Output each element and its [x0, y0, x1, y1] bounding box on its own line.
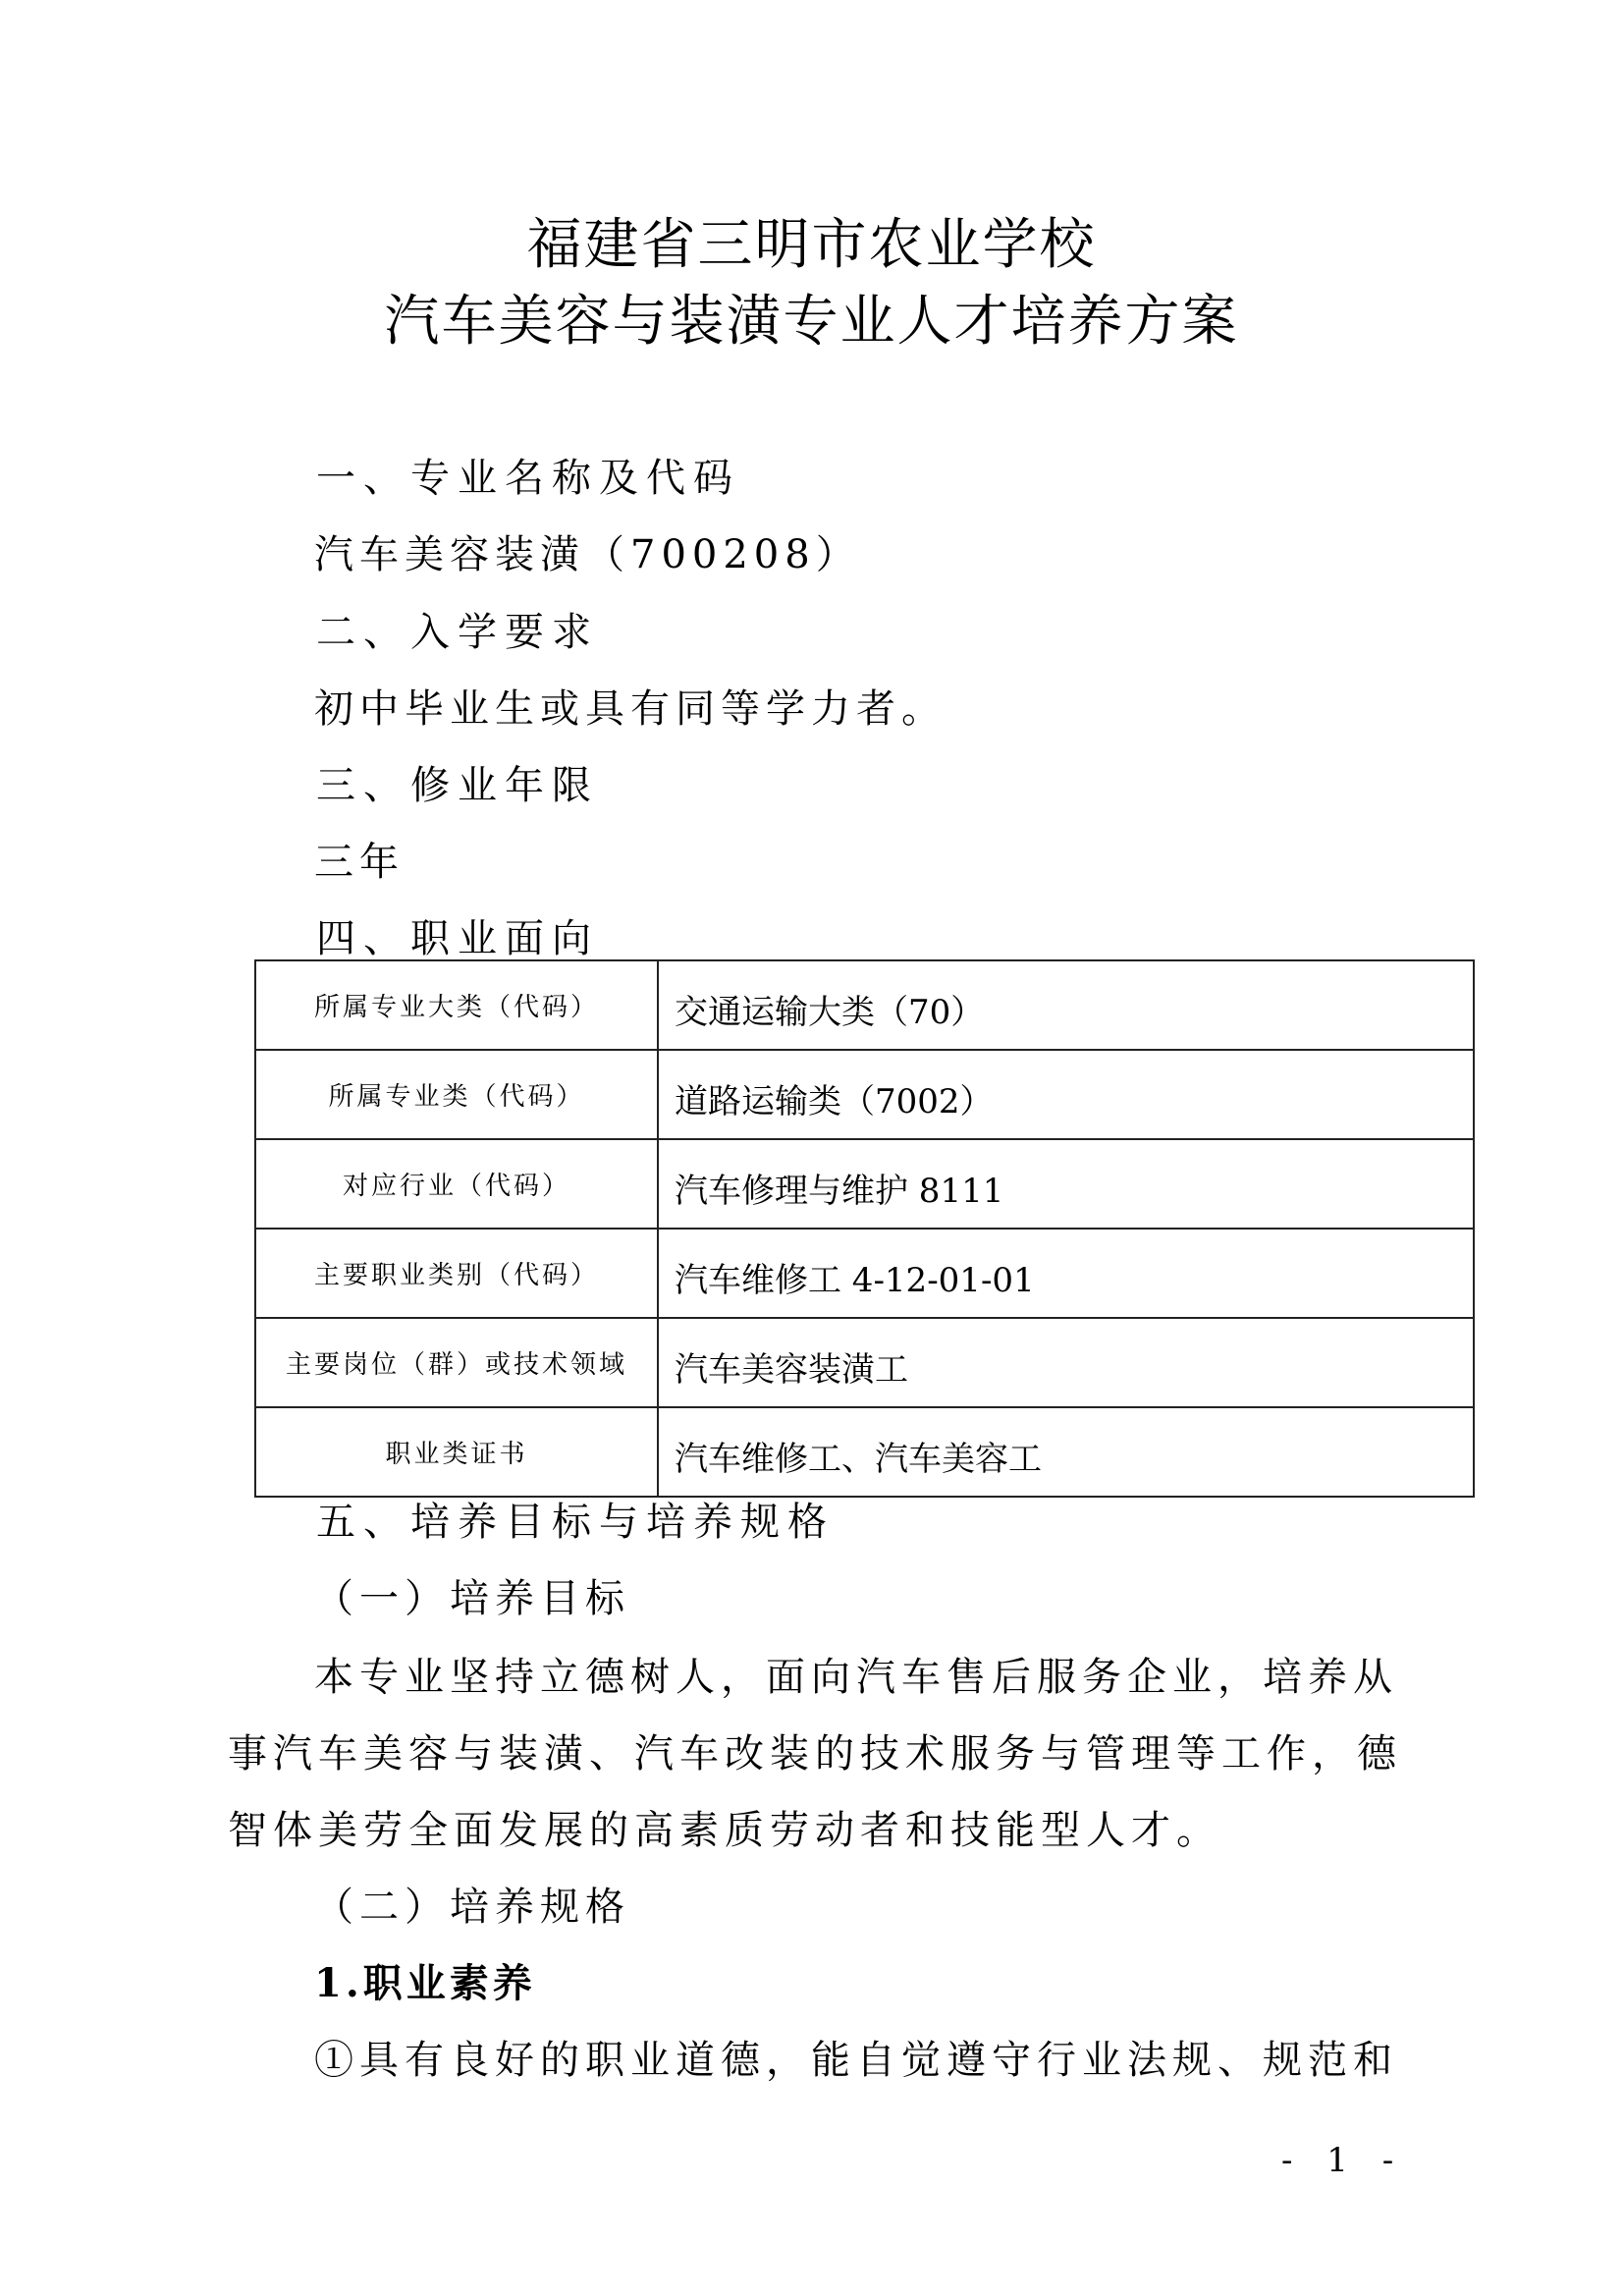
section-3-text: 三年: [314, 831, 405, 887]
table-label-cell: 所属专业类（代码）: [255, 1050, 658, 1139]
section-2-heading: 二、入学要求: [316, 601, 599, 657]
title-line-1: 福建省三明市农业学校: [0, 201, 1623, 280]
title-line-2: 汽车美容与装潢专业人才培养方案: [0, 278, 1623, 356]
table-row: 主要岗位（群）或技术领域 汽车美容装潢工: [255, 1318, 1474, 1407]
table-label-cell: 所属专业大类（代码）: [255, 960, 658, 1050]
section-3-heading: 三、修业年限: [316, 754, 599, 810]
table-value-cell: 交通运输大类（70）: [658, 960, 1474, 1050]
table-value-cell: 道路运输类（7002）: [658, 1050, 1474, 1139]
item-1-point-1: ①具有良好的职业道德，能自觉遵守行业法规、规范和: [314, 2029, 1398, 2085]
table-row: 主要职业类别（代码） 汽车维修工 4-12-01-01: [255, 1229, 1474, 1318]
section-5-heading: 五、培养目标与培养规格: [316, 1491, 835, 1547]
table-value-cell: 汽车维修工 4-12-01-01: [658, 1229, 1474, 1318]
table-label-cell: 主要职业类别（代码）: [255, 1229, 658, 1318]
paragraph-line-3: 智体美劳全面发展的高素质劳动者和技能型人才。: [228, 1799, 1221, 1855]
section-1-heading: 一、专业名称及代码: [316, 447, 740, 503]
table-row: 所属专业大类（代码） 交通运输大类（70）: [255, 960, 1474, 1050]
table-value-cell: 汽车修理与维护 8111: [658, 1139, 1474, 1229]
section-5-subheading-1: （一）培养目标: [314, 1567, 630, 1623]
table-row: 职业类证书 汽车维修工、汽车美容工: [255, 1407, 1474, 1497]
table-value-cell: 汽车美容装潢工: [658, 1318, 1474, 1407]
section-2-text: 初中毕业生或具有同等学力者。: [314, 678, 947, 734]
paragraph-line-2: 事汽车美容与装潢、汽车改装的技术服务与管理等工作，德: [228, 1722, 1402, 1778]
section-4-heading: 四、职业面向: [316, 907, 599, 963]
page-number: - 1 -: [1281, 2141, 1405, 2180]
table-row: 所属专业类（代码） 道路运输类（7002）: [255, 1050, 1474, 1139]
occupation-table: 所属专业大类（代码） 交通运输大类（70） 所属专业类（代码） 道路运输类（70…: [254, 959, 1475, 1498]
table-value-cell: 汽车维修工、汽车美容工: [658, 1407, 1474, 1497]
table-label-cell: 对应行业（代码）: [255, 1139, 658, 1229]
table-label-cell: 职业类证书: [255, 1407, 658, 1497]
table-row: 对应行业（代码） 汽车修理与维护 8111: [255, 1139, 1474, 1229]
section-5-subheading-2: （二）培养规格: [314, 1876, 630, 1932]
table-label-cell: 主要岗位（群）或技术领域: [255, 1318, 658, 1407]
item-1-heading: 1.职业素养: [314, 1952, 536, 2008]
section-1-text: 汽车美容装潢（700208）: [314, 523, 861, 579]
paragraph-line-1: 本专业坚持立德树人，面向汽车售后服务企业，培养从: [314, 1646, 1398, 1702]
